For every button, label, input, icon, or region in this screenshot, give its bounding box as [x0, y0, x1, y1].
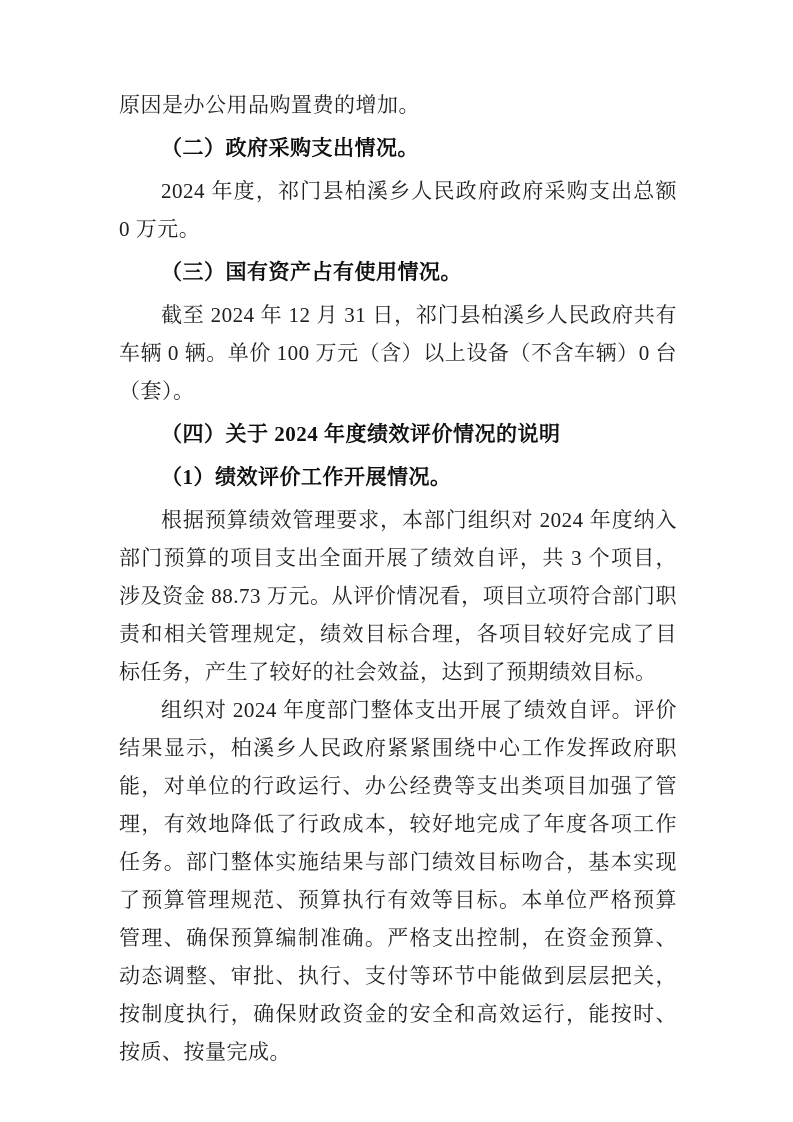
document-content: 原因是办公用品购置费的增加。 （二）政府采购支出情况。 2024 年度，祁门县柏… — [119, 86, 677, 1071]
paragraph-state-assets-detail: 截至 2024 年 12 月 31 日，祁门县柏溪乡人民政府共有车辆 0 辆。单… — [119, 296, 677, 410]
paragraph-procurement-total: 2024 年度，祁门县柏溪乡人民政府政府采购支出总额 0 万元。 — [119, 172, 677, 248]
paragraph-office-supplies-increase: 原因是办公用品购置费的增加。 — [119, 86, 677, 124]
heading-evaluation-work-progress: （1）绩效评价工作开展情况。 — [119, 458, 677, 496]
paragraph-project-self-evaluation: 根据预算绩效管理要求，本部门组织对 2024 年度纳入部门预算的项目支出全面开展… — [119, 501, 677, 691]
paragraph-overall-self-evaluation: 组织对 2024 年度部门整体支出开展了绩效自评。评价结果显示，柏溪乡人民政府紧… — [119, 691, 677, 1071]
heading-government-procurement: （二）政府采购支出情况。 — [119, 129, 677, 167]
document-page: 原因是办公用品购置费的增加。 （二）政府采购支出情况。 2024 年度，祁门县柏… — [0, 0, 793, 1122]
heading-state-assets: （三）国有资产占有使用情况。 — [119, 253, 677, 291]
heading-performance-evaluation: （四）关于 2024 年度绩效评价情况的说明 — [119, 415, 677, 453]
